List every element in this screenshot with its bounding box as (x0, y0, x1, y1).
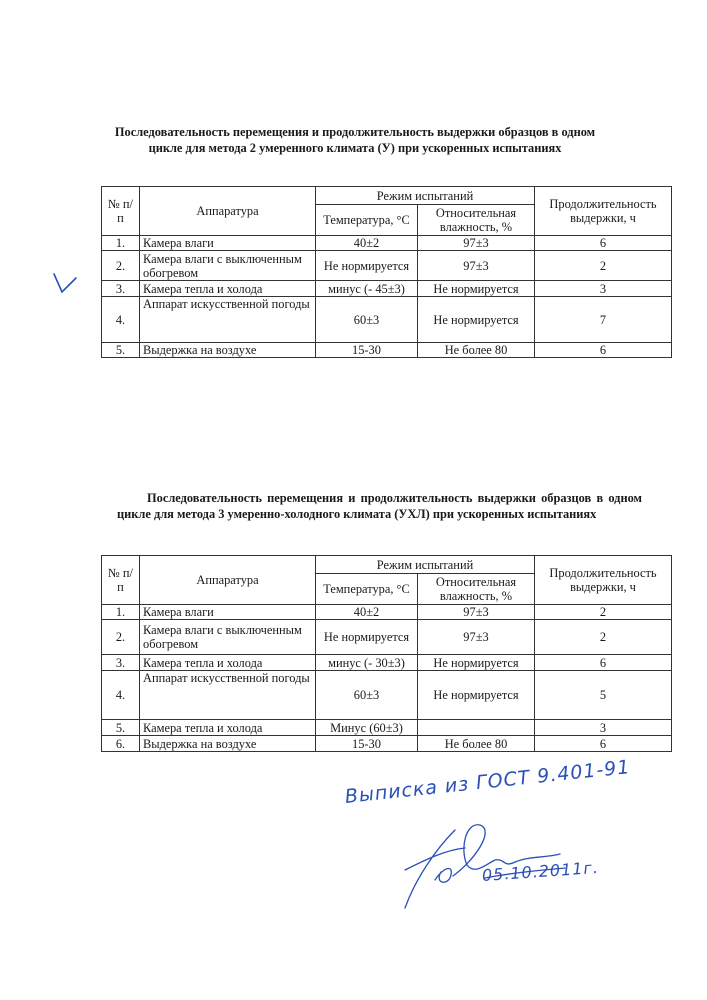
table-row: 1.Камера влаги40±297±32 (102, 605, 672, 620)
row-apparatus: Камера влаги (140, 236, 316, 251)
section1-title: Последовательность перемещения и продолж… (110, 124, 600, 156)
table-row: 2.Камера влаги с выключенным обогревомНе… (102, 620, 672, 655)
row-duration: 2 (535, 605, 672, 620)
header-humidity: Относительная влажность, % (418, 205, 535, 236)
row-duration: 6 (535, 236, 672, 251)
row-humidity: 97±3 (418, 620, 535, 655)
row-humidity: Не более 80 (418, 343, 535, 358)
row-duration: 3 (535, 720, 672, 736)
header-apparatus: Аппаратура (140, 556, 316, 605)
row-temperature: Не нормируется (316, 620, 418, 655)
header-num: № п/п (102, 187, 140, 236)
table-method-3: № п/п Аппаратура Режим испытаний Продолж… (101, 555, 672, 752)
row-temperature: Не нормируется (316, 251, 418, 281)
handwritten-note: Выписка из ГОСТ 9.401-91 (344, 756, 632, 808)
header-duration: Продолжительность выдержки, ч (535, 187, 672, 236)
row-num: 2. (102, 251, 140, 281)
row-temperature: 60±3 (316, 671, 418, 720)
row-num: 6. (102, 736, 140, 752)
row-temperature: Минус (60±3) (316, 720, 418, 736)
table-row: 3.Камера тепла и холодаминус (- 45±3)Не … (102, 281, 672, 297)
row-num: 5. (102, 720, 140, 736)
header-temperature: Температура, °С (316, 574, 418, 605)
row-num: 4. (102, 671, 140, 720)
row-num: 1. (102, 605, 140, 620)
table-row: 2.Камера влаги с выключенным обогревомНе… (102, 251, 672, 281)
row-humidity: 97±3 (418, 236, 535, 251)
header-num: № п/п (102, 556, 140, 605)
row-temperature: 40±2 (316, 236, 418, 251)
row-num: 3. (102, 655, 140, 671)
table-row: 4.Аппарат искусственной погоды60±3Не нор… (102, 671, 672, 720)
row-duration: 6 (535, 655, 672, 671)
row-duration: 2 (535, 620, 672, 655)
row-humidity: 97±3 (418, 251, 535, 281)
row-apparatus: Камера влаги с выключенным обогревом (140, 620, 316, 655)
row-duration: 3 (535, 281, 672, 297)
row-apparatus: Камера влаги (140, 605, 316, 620)
header-humidity: Относительная влажность, % (418, 574, 535, 605)
row-humidity: Не нормируется (418, 297, 535, 343)
row-duration: 7 (535, 297, 672, 343)
header-duration: Продолжительность выдержки, ч (535, 556, 672, 605)
row-humidity: 97±3 (418, 605, 535, 620)
row-apparatus: Камера влаги с выключенным обогревом (140, 251, 316, 281)
row-temperature: 60±3 (316, 297, 418, 343)
header-temperature: Температура, °С (316, 205, 418, 236)
row-num: 2. (102, 620, 140, 655)
table-method-2: № п/п Аппаратура Режим испытаний Продолж… (101, 186, 672, 358)
row-apparatus: Камера тепла и холода (140, 720, 316, 736)
row-temperature: 40±2 (316, 605, 418, 620)
row-temperature: 15-30 (316, 736, 418, 752)
header-apparatus: Аппаратура (140, 187, 316, 236)
row-duration: 5 (535, 671, 672, 720)
row-humidity: Не более 80 (418, 736, 535, 752)
section2-title: Последовательность перемещения и продолж… (117, 490, 642, 522)
row-duration: 2 (535, 251, 672, 281)
row-apparatus: Выдержка на воздухе (140, 343, 316, 358)
row-apparatus: Выдержка на воздухе (140, 736, 316, 752)
header-mode: Режим испытаний (316, 556, 535, 574)
table-row: 1.Камера влаги40±297±36 (102, 236, 672, 251)
table-row: 3.Камера тепла и холодаминус (- 30±3)Не … (102, 655, 672, 671)
row-temperature: минус (- 30±3) (316, 655, 418, 671)
table-row: 5.Камера тепла и холодаМинус (60±3)3 (102, 720, 672, 736)
table-row: 4.Аппарат искусственной погоды60±3Не нор… (102, 297, 672, 343)
row-num: 1. (102, 236, 140, 251)
row-apparatus: Камера тепла и холода (140, 655, 316, 671)
row-num: 4. (102, 297, 140, 343)
row-apparatus: Аппарат искусственной погоды (140, 671, 316, 720)
table-row: 5.Выдержка на воздухе15-30Не более 806 (102, 343, 672, 358)
row-humidity: Не нормируется (418, 281, 535, 297)
checkmark-icon (50, 270, 80, 300)
row-temperature: 15-30 (316, 343, 418, 358)
row-apparatus: Аппарат искусственной погоды (140, 297, 316, 343)
row-temperature: минус (- 45±3) (316, 281, 418, 297)
row-duration: 6 (535, 736, 672, 752)
row-apparatus: Камера тепла и холода (140, 281, 316, 297)
table-row: 6.Выдержка на воздухе15-30Не более 806 (102, 736, 672, 752)
row-duration: 6 (535, 343, 672, 358)
row-num: 3. (102, 281, 140, 297)
header-mode: Режим испытаний (316, 187, 535, 205)
row-num: 5. (102, 343, 140, 358)
row-humidity: Не нормируется (418, 655, 535, 671)
row-humidity (418, 720, 535, 736)
row-humidity: Не нормируется (418, 671, 535, 720)
